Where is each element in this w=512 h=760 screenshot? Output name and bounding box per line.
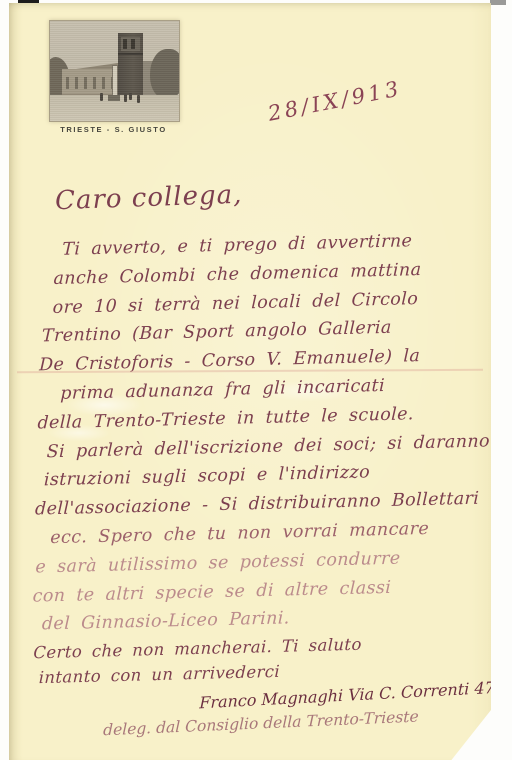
letter-paper: TRIESTE - S. GIUSTO 28/IX/913 Caro colle… bbox=[9, 3, 491, 760]
photo-caption: TRIESTE - S. GIUSTO bbox=[45, 125, 182, 134]
letter-body: Ti avverto, e ti prego di avvertirne anc… bbox=[31, 225, 490, 639]
scan-edge-artifact bbox=[18, 0, 39, 3]
letter-date: 28/IX/913 bbox=[266, 76, 404, 125]
letter-closing: Certo che non mancherai. Ti saluto intan… bbox=[32, 632, 362, 691]
scanned-letter: TRIESTE - S. GIUSTO 28/IX/913 Caro colle… bbox=[0, 0, 512, 760]
trieste-san-giusto-photo bbox=[49, 20, 180, 122]
photo-grain bbox=[50, 21, 179, 121]
scan-edge-artifact bbox=[490, 0, 506, 5]
salutation: Caro collega, bbox=[55, 180, 243, 217]
